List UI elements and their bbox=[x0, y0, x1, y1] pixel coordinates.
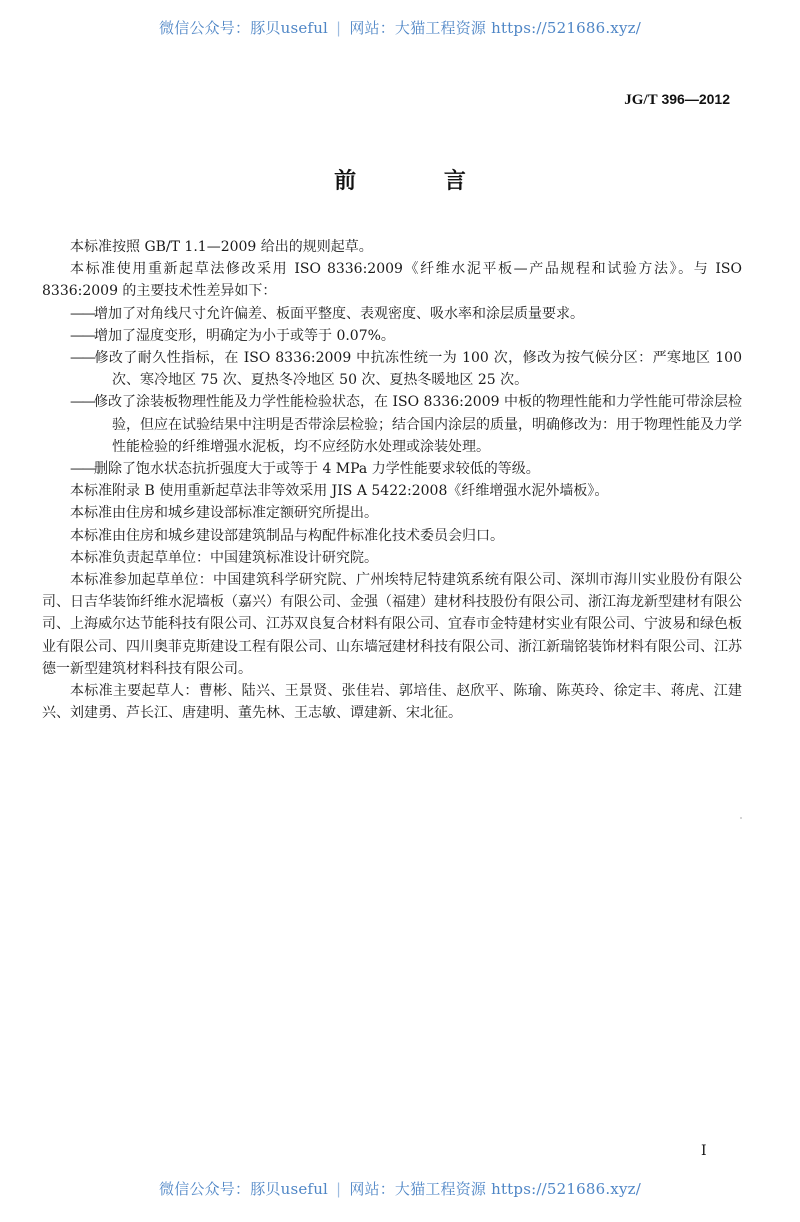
dash-marker: —— bbox=[70, 328, 94, 344]
watermark-separator: | bbox=[336, 19, 341, 37]
standard-number: 396—2012 bbox=[661, 91, 730, 107]
difference-text: 删除了饱水状态抗折强度大于或等于 4 MPa 力学性能要求较低的等级。 bbox=[94, 461, 540, 477]
watermark-site: 网站：大猫工程资源 https://521686.xyz/ bbox=[349, 19, 641, 37]
paragraph-lead-drafter: 本标准负责起草单位：中国建筑标准设计研究院。 bbox=[42, 547, 742, 569]
watermark-top: 微信公众号：豚贝useful|网站：大猫工程资源 https://521686.… bbox=[0, 17, 800, 38]
watermark-site: 网站：大猫工程资源 https://521686.xyz/ bbox=[349, 1180, 641, 1198]
difference-item: ——修改了涂装板物理性能及力学性能检验状态，在 ISO 8336:2009 中板… bbox=[42, 391, 742, 458]
page-number: I bbox=[701, 1143, 707, 1159]
difference-item: ——增加了对角线尺寸允许偏差、板面平整度、表观密度、吸水率和涂层质量要求。 bbox=[42, 303, 742, 325]
difference-text: 修改了涂装板物理性能及力学性能检验状态，在 ISO 8336:2009 中板的物… bbox=[94, 394, 742, 454]
foreword-body: 本标准按照 GB/T 1.1—2009 给出的规则起草。 本标准使用重新起草法修… bbox=[42, 236, 742, 724]
difference-text: 增加了湿度变形，明确定为小于或等于 0.07%。 bbox=[94, 328, 395, 344]
difference-text: 增加了对角线尺寸允许偏差、板面平整度、表观密度、吸水率和涂层质量要求。 bbox=[94, 306, 584, 322]
dash-marker: —— bbox=[70, 350, 94, 366]
paragraph-proposer: 本标准由住房和城乡建设部标准定额研究所提出。 bbox=[42, 502, 742, 524]
page-title: 前 言 bbox=[0, 164, 800, 195]
difference-item: ——修改了耐久性指标，在 ISO 8336:2009 中抗冻性统一为 100 次… bbox=[42, 347, 742, 391]
paragraph-main-drafters: 本标准主要起草人：曹彬、陆兴、王景贤、张佳岩、郭培佳、赵欣平、陈瑜、陈英玲、徐定… bbox=[42, 680, 742, 724]
watermark-wechat: 微信公众号：豚贝useful bbox=[159, 19, 328, 37]
paragraph-iso-adoption: 本标准使用重新起草法修改采用 ISO 8336:2009《纤维水泥平板—产品规程… bbox=[42, 258, 742, 302]
paragraph-appendix-b: 本标准附录 B 使用重新起草法非等效采用 JIS A 5422:2008《纤维增… bbox=[42, 480, 742, 502]
dash-marker: —— bbox=[70, 306, 94, 322]
difference-text: 修改了耐久性指标，在 ISO 8336:2009 中抗冻性统一为 100 次，修… bbox=[94, 350, 742, 388]
watermark-bottom: 微信公众号：豚贝useful|网站：大猫工程资源 https://521686.… bbox=[0, 1178, 800, 1199]
dash-marker: —— bbox=[70, 461, 94, 477]
paragraph-participating-units: 本标准参加起草单位：中国建筑科学研究院、广州埃特尼特建筑系统有限公司、深圳市海川… bbox=[42, 569, 742, 680]
scan-speck bbox=[740, 817, 742, 819]
standard-code: JG/T 396—2012 bbox=[624, 91, 730, 109]
watermark-wechat: 微信公众号：豚贝useful bbox=[159, 1180, 328, 1198]
difference-item: ——删除了饱水状态抗折强度大于或等于 4 MPa 力学性能要求较低的等级。 bbox=[42, 458, 742, 480]
watermark-separator: | bbox=[336, 1180, 341, 1198]
standard-prefix: JG/T bbox=[624, 92, 657, 108]
difference-item: ——增加了湿度变形，明确定为小于或等于 0.07%。 bbox=[42, 325, 742, 347]
paragraph-drafting-rules: 本标准按照 GB/T 1.1—2009 给出的规则起草。 bbox=[42, 236, 742, 258]
dash-marker: —— bbox=[70, 394, 94, 410]
paragraph-committee: 本标准由住房和城乡建设部建筑制品与构配件标准化技术委员会归口。 bbox=[42, 525, 742, 547]
